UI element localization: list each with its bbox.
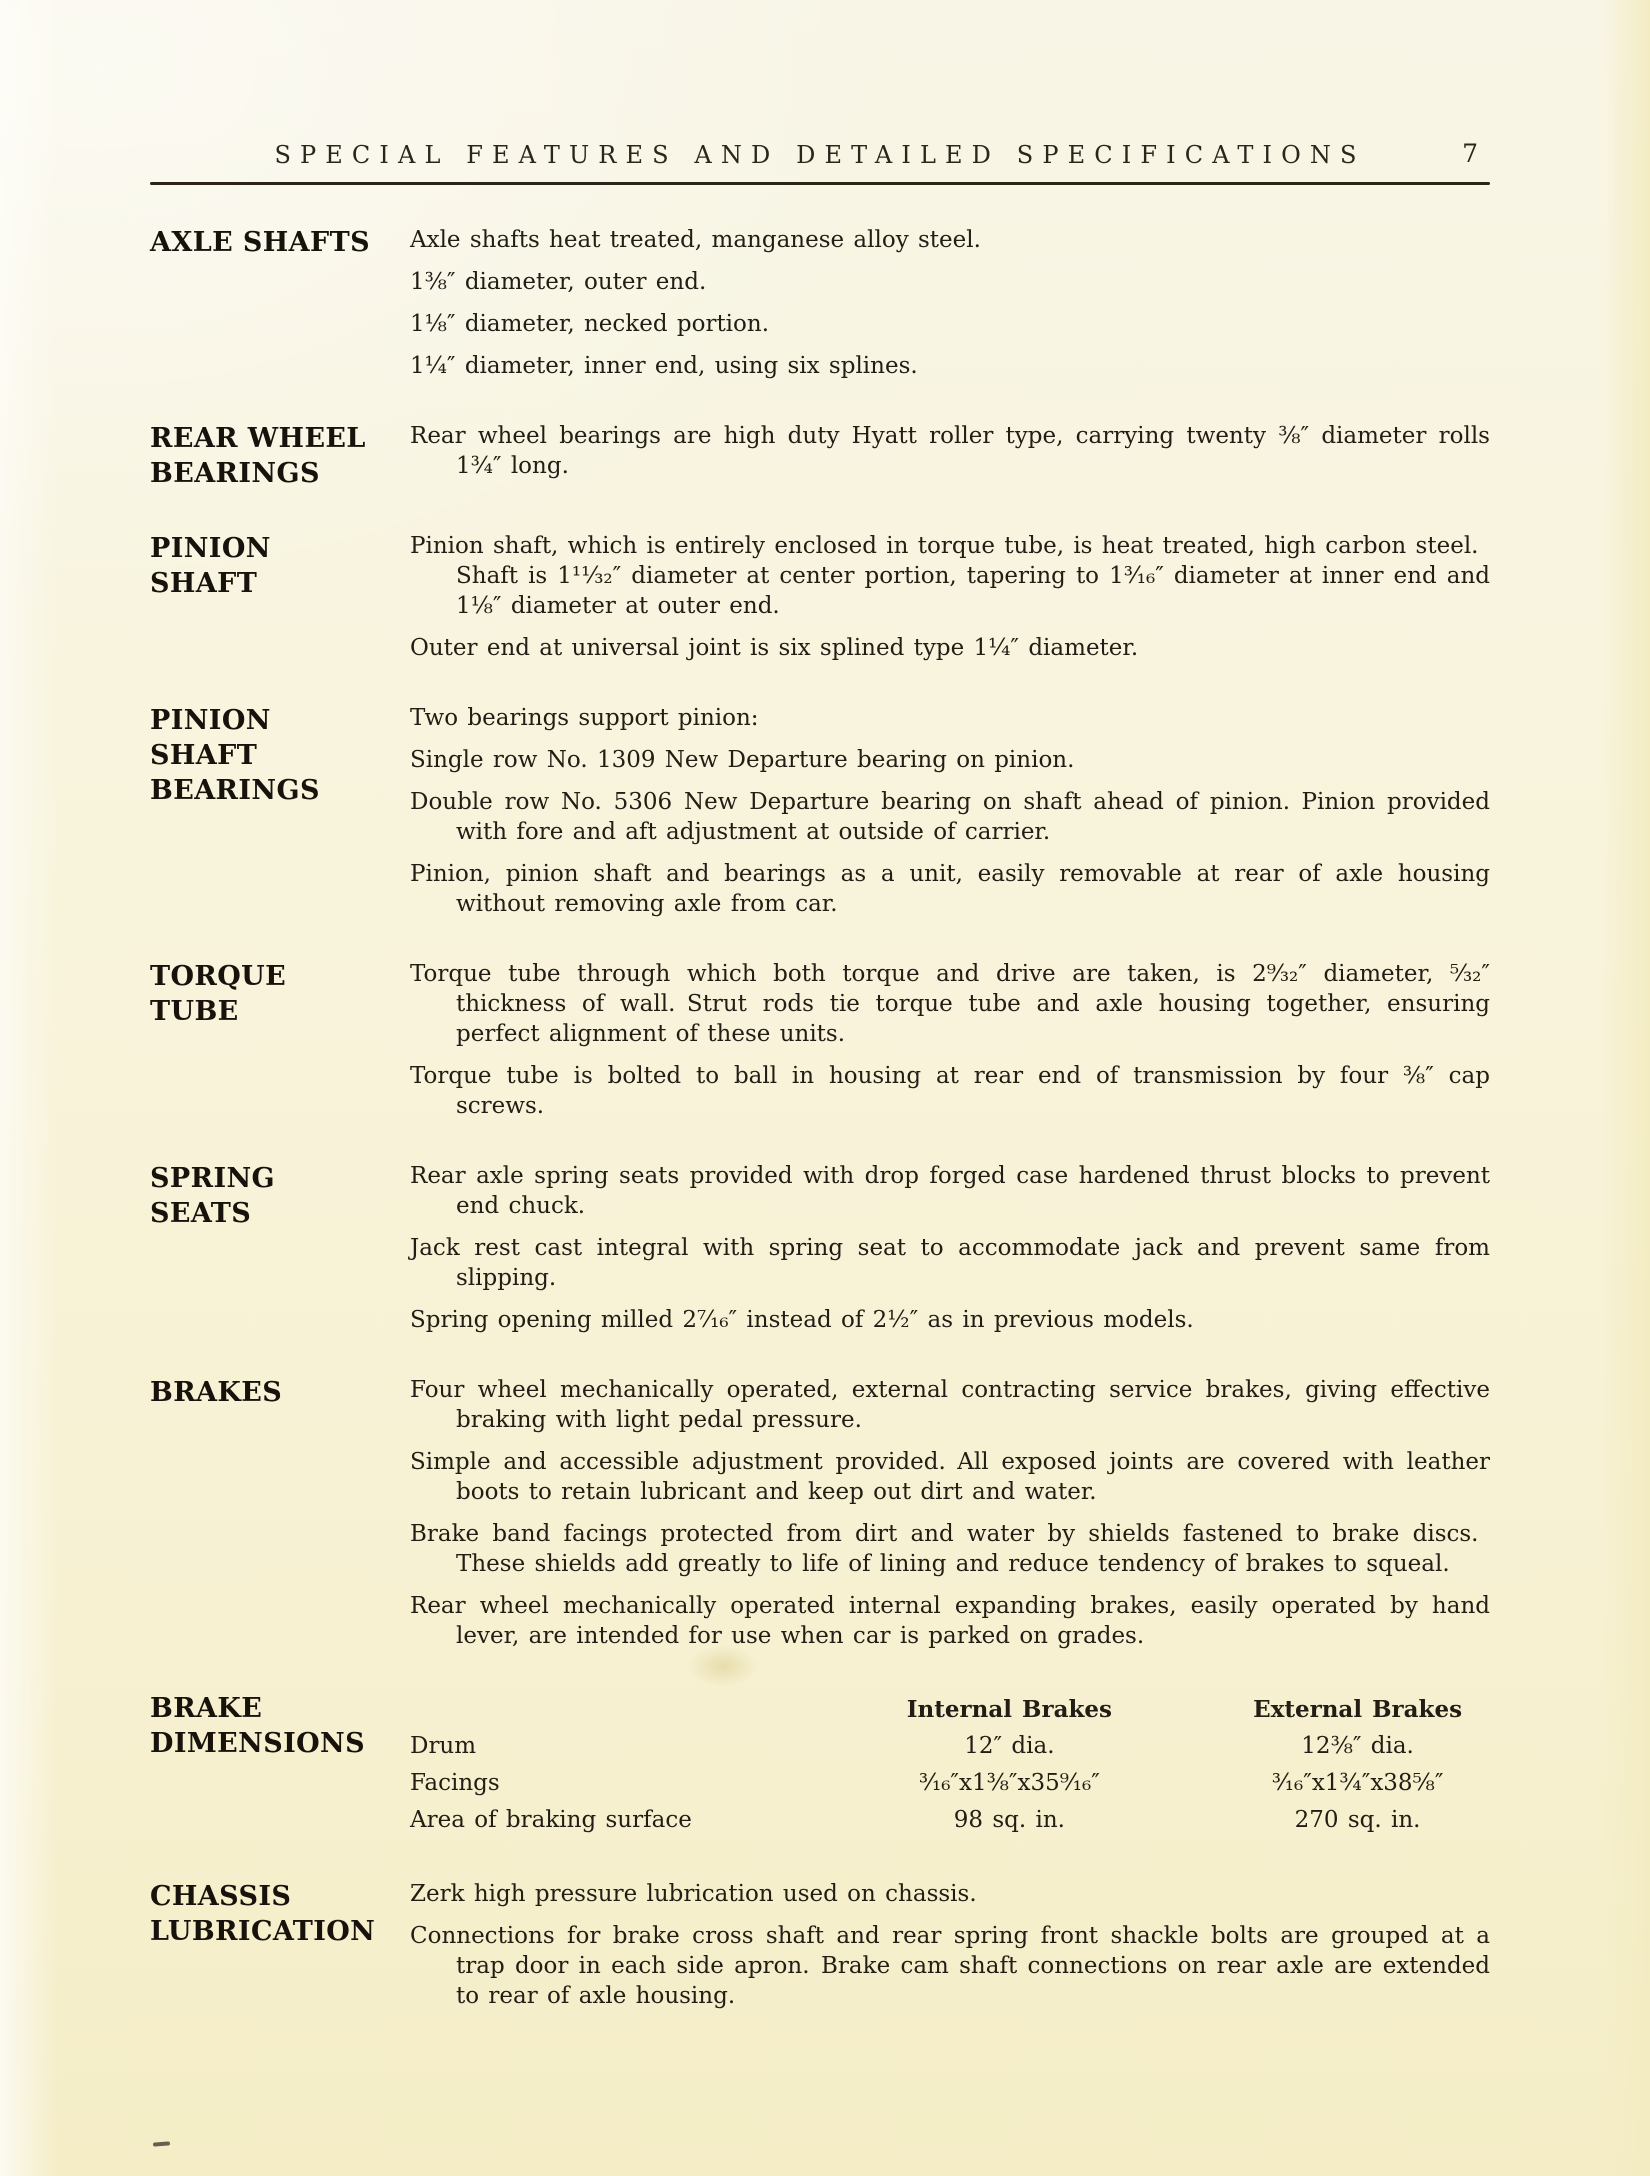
section-spring-seats: SPRING SEATS Rear axle spring seats prov… — [150, 1161, 1490, 1335]
paragraph: 1⅛″ diameter, necked portion. — [410, 309, 1490, 339]
table-row: Area of braking surface 98 sq. in. 270 s… — [410, 1802, 1490, 1839]
section-label-line: AXLE SHAFTS — [150, 225, 410, 260]
paragraph: Axle shafts heat treated, manganese allo… — [410, 225, 1490, 255]
section-brake-dimensions: BRAKE DIMENSIONS Internal Brakes Externa… — [150, 1691, 1490, 1839]
section-label-line: SHAFT — [150, 738, 410, 773]
header-rule — [150, 182, 1490, 185]
paragraph: Rear wheel bearings are high duty Hyatt … — [410, 421, 1490, 481]
section-label: BRAKES — [150, 1375, 410, 1651]
section-body: Axle shafts heat treated, manganese allo… — [410, 225, 1490, 381]
section-body: Internal Brakes External Brakes Drum 12″… — [410, 1691, 1490, 1839]
cell-internal: ³⁄₁₆″x1⅜″x35⁹⁄₁₆″ — [864, 1765, 1156, 1802]
cell-external: ³⁄₁₆″x1¾″x38⅝″ — [1155, 1765, 1490, 1802]
cell-internal: 98 sq. in. — [864, 1802, 1156, 1839]
section-label-line: CHASSIS — [150, 1879, 410, 1914]
cell-internal: 12″ dia. — [864, 1728, 1156, 1765]
page-content: SPECIAL FEATURES AND DETAILED SPECIFICAT… — [0, 0, 1650, 2011]
column-header-internal: Internal Brakes — [864, 1691, 1156, 1728]
section-chassis-lubrication: CHASSIS LUBRICATION Zerk high pressure l… — [150, 1879, 1490, 2011]
paragraph: Rear axle spring seats provided with dro… — [410, 1161, 1490, 1221]
section-label: AXLE SHAFTS — [150, 225, 410, 381]
paragraph: Pinion shaft, which is entirely enclosed… — [410, 531, 1490, 621]
section-pinion-shaft-bearings: PINION SHAFT BEARINGS Two bearings suppo… — [150, 703, 1490, 919]
section-label-line: BRAKES — [150, 1375, 410, 1410]
paragraph: Simple and accessible adjustment provide… — [410, 1447, 1490, 1507]
table-row: Drum 12″ dia. 12⅜″ dia. — [410, 1728, 1490, 1765]
section-label-line: BRAKE — [150, 1691, 410, 1726]
page-title: SPECIAL FEATURES AND DETAILED SPECIFICAT… — [150, 138, 1490, 172]
section-label-line: TORQUE — [150, 959, 410, 994]
section-rear-wheel-bearings: REAR WHEEL BEARINGS Rear wheel bearings … — [150, 421, 1490, 491]
section-label-line: REAR WHEEL — [150, 421, 410, 456]
section-torque-tube: TORQUE TUBE Torque tube through which bo… — [150, 959, 1490, 1121]
paragraph: Pinion, pinion shaft and bearings as a u… — [410, 859, 1490, 919]
section-label-line: SEATS — [150, 1196, 410, 1231]
scan-mark — [153, 2141, 170, 2146]
paper-smudge — [688, 1645, 758, 1687]
paragraph: Zerk high pressure lubrication used on c… — [410, 1879, 1490, 1909]
paragraph: 1⅜″ diameter, outer end. — [410, 267, 1490, 297]
spec-sections: AXLE SHAFTS Axle shafts heat treated, ma… — [150, 225, 1490, 2011]
section-body: Rear axle spring seats provided with dro… — [410, 1161, 1490, 1335]
page-header: SPECIAL FEATURES AND DETAILED SPECIFICAT… — [150, 138, 1490, 172]
paragraph: Brake band facings protected from dirt a… — [410, 1519, 1490, 1579]
paragraph: Torque tube through which both torque an… — [410, 959, 1490, 1049]
section-body: Zerk high pressure lubrication used on c… — [410, 1879, 1490, 2011]
section-body: Pinion shaft, which is entirely enclosed… — [410, 531, 1490, 663]
paragraph: Four wheel mechanically operated, extern… — [410, 1375, 1490, 1435]
section-label-line: SHAFT — [150, 566, 410, 601]
section-label: PINION SHAFT BEARINGS — [150, 703, 410, 919]
section-label-line: TUBE — [150, 994, 410, 1029]
table-header-row: Internal Brakes External Brakes — [410, 1691, 1490, 1728]
paragraph: Torque tube is bolted to ball in housing… — [410, 1061, 1490, 1121]
paragraph: Single row No. 1309 New Departure bearin… — [410, 745, 1490, 775]
section-label-line: LUBRICATION — [150, 1914, 410, 1949]
section-label-line: DIMENSIONS — [150, 1726, 410, 1761]
section-brakes: BRAKES Four wheel mechanically operated,… — [150, 1375, 1490, 1651]
section-label: BRAKE DIMENSIONS — [150, 1691, 410, 1839]
section-label: CHASSIS LUBRICATION — [150, 1879, 410, 2011]
paragraph: Spring opening milled 2⁷⁄₁₆″ instead of … — [410, 1305, 1490, 1335]
brake-dimensions-table: Internal Brakes External Brakes Drum 12″… — [410, 1691, 1490, 1839]
section-body: Two bearings support pinion: Single row … — [410, 703, 1490, 919]
paragraph: Two bearings support pinion: — [410, 703, 1490, 733]
paragraph: Rear wheel mechanically operated interna… — [410, 1591, 1490, 1651]
paragraph: Jack rest cast integral with spring seat… — [410, 1233, 1490, 1293]
section-label-line: PINION — [150, 531, 410, 566]
page-number: 7 — [1462, 139, 1478, 168]
section-label-line: BEARINGS — [150, 456, 410, 491]
cell-external: 12⅜″ dia. — [1155, 1728, 1490, 1765]
row-name: Facings — [410, 1765, 864, 1802]
section-label: PINION SHAFT — [150, 531, 410, 663]
section-label: TORQUE TUBE — [150, 959, 410, 1121]
section-label: SPRING SEATS — [150, 1161, 410, 1335]
section-axle-shafts: AXLE SHAFTS Axle shafts heat treated, ma… — [150, 225, 1490, 381]
section-pinion-shaft: PINION SHAFT Pinion shaft, which is enti… — [150, 531, 1490, 663]
column-header-external: External Brakes — [1155, 1691, 1490, 1728]
paragraph: 1¼″ diameter, inner end, using six splin… — [410, 351, 1490, 381]
section-body: Four wheel mechanically operated, extern… — [410, 1375, 1490, 1651]
section-label-line: SPRING — [150, 1161, 410, 1196]
table-header-spacer — [410, 1691, 864, 1728]
paragraph: Double row No. 5306 New Departure bearin… — [410, 787, 1490, 847]
section-body: Torque tube through which both torque an… — [410, 959, 1490, 1121]
document-page: SPECIAL FEATURES AND DETAILED SPECIFICAT… — [0, 0, 1650, 2176]
section-label-line: PINION — [150, 703, 410, 738]
section-label-line: BEARINGS — [150, 773, 410, 808]
paragraph: Outer end at universal joint is six spli… — [410, 633, 1490, 663]
cell-external: 270 sq. in. — [1155, 1802, 1490, 1839]
paragraph: Connections for brake cross shaft and re… — [410, 1921, 1490, 2011]
row-name: Drum — [410, 1728, 864, 1765]
section-label: REAR WHEEL BEARINGS — [150, 421, 410, 491]
row-name: Area of braking surface — [410, 1802, 864, 1839]
table-row: Facings ³⁄₁₆″x1⅜″x35⁹⁄₁₆″ ³⁄₁₆″x1¾″x38⅝″ — [410, 1765, 1490, 1802]
section-body: Rear wheel bearings are high duty Hyatt … — [410, 421, 1490, 491]
